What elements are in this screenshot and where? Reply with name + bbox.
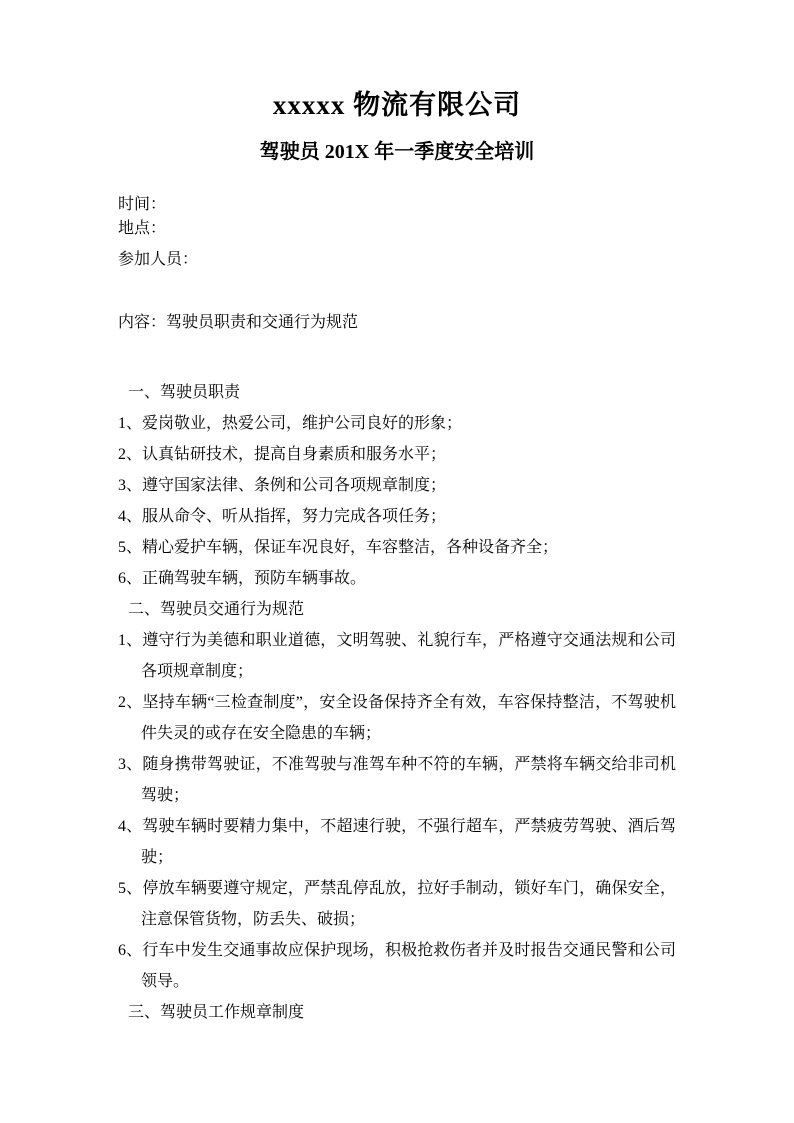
- list-item: 2、坚持车辆“三检查制度”，安全设备保持齐全有效，车容保持整洁，不驾驶机件失灵的…: [118, 687, 676, 749]
- section-driver-duties: 一、驾驶员职责 1、爱岗敬业，热爱公司，维护公司良好的形象； 2、认真钻研技术，…: [118, 377, 676, 594]
- list-item: 6、行车中发生交通事故应保护现场，积极抢救伤者并及时报告交通民警和公司领导。: [118, 935, 676, 997]
- time-label: 时间：: [118, 193, 676, 217]
- list-item: 1、爱岗敬业，热爱公司，维护公司良好的形象；: [118, 408, 676, 439]
- sections-container: 一、驾驶员职责 1、爱岗敬业，热爱公司，维护公司良好的形象； 2、认真钻研技术，…: [118, 377, 676, 1028]
- list-item: 4、服从命令、听从指挥，努力完成各项任务；: [118, 501, 676, 532]
- list-item: 6、正确驾驶车辆，预防车辆事故。: [118, 563, 676, 594]
- list-item: 3、随身携带驾驶证，不准驾驶与准驾车种不符的车辆，严禁将车辆交给非司机驾驶；: [118, 749, 676, 811]
- document-page: xxxxx 物流有限公司 驾驶员 201X 年一季度安全培训 时间： 地点： 参…: [0, 0, 794, 1123]
- content-line: 内容：驾驶员职责和交通行为规范: [118, 310, 676, 336]
- list-item: 1、遵守行为美德和职业道德，文明驾驶、礼貌行车，严格遵守交通法规和公司各项规章制…: [118, 625, 676, 687]
- location-label: 地点：: [118, 217, 676, 241]
- section-heading: 三、驾驶员工作规章制度: [118, 997, 676, 1028]
- list-item: 5、精心爱护车辆，保证车况良好，车容整洁，各种设备齐全；: [118, 532, 676, 563]
- section-work-rules: 三、驾驶员工作规章制度: [118, 997, 676, 1028]
- section-heading: 一、驾驶员职责: [118, 377, 676, 408]
- document-content: xxxxx 物流有限公司 驾驶员 201X 年一季度安全培训 时间： 地点： 参…: [0, 0, 794, 1028]
- list-item: 3、遵守国家法律、条例和公司各项规章制度；: [118, 470, 676, 501]
- participants-label: 参加人员：: [118, 247, 676, 273]
- section-heading: 二、驾驶员交通行为规范: [118, 594, 676, 625]
- company-title: xxxxx 物流有限公司: [118, 88, 676, 122]
- meta-block: 时间： 地点： 参加人员： 内容：驾驶员职责和交通行为规范: [118, 193, 676, 336]
- section-traffic-behavior: 二、驾驶员交通行为规范 1、遵守行为美德和职业道德，文明驾驶、礼貌行车，严格遵守…: [118, 594, 676, 997]
- list-item: 4、驾驶车辆时要精力集中，不超速行驶，不强行超车，严禁疲劳驾驶、酒后驾驶；: [118, 811, 676, 873]
- list-item: 5、停放车辆要遵守规定，严禁乱停乱放，拉好手制动，锁好车门，确保安全，注意保管货…: [118, 873, 676, 935]
- document-subtitle: 驾驶员 201X 年一季度安全培训: [118, 139, 676, 166]
- list-item: 2、认真钻研技术，提高自身素质和服务水平；: [118, 439, 676, 470]
